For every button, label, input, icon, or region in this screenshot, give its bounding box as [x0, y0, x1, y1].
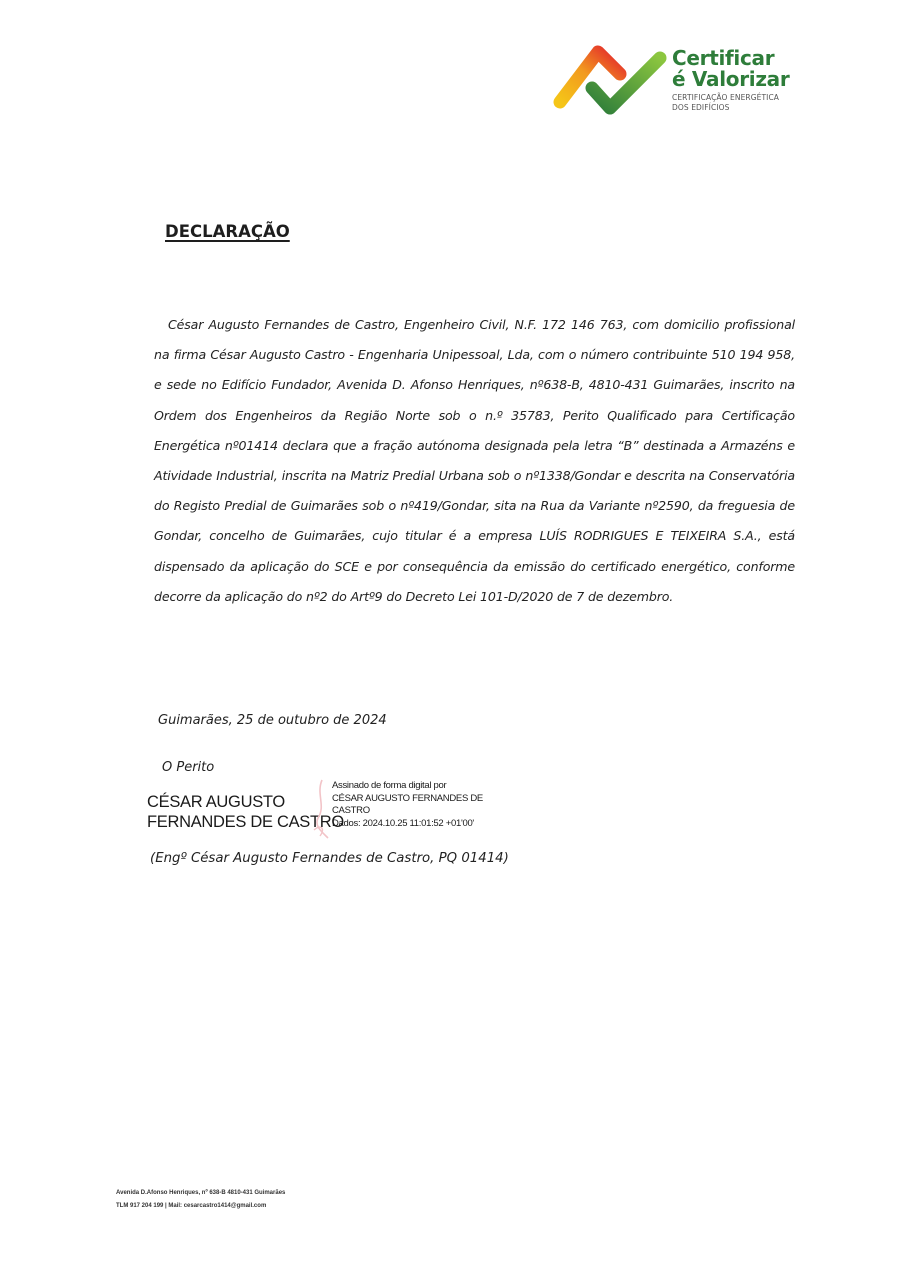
signature-timestamp: Dados: 2024.10.25 11:01:52 +01'00' — [332, 818, 483, 831]
document-heading: DECLARAÇÃO — [165, 222, 290, 241]
signature-detail-line2: CÉSAR AUGUSTO FERNANDES DE — [332, 793, 483, 806]
signature-details: Assinado de forma digital por CÉSAR AUGU… — [332, 780, 483, 830]
checkmark-roof-icon — [552, 44, 670, 124]
logo-subtitle-line1: CERTIFICAÇÃO ENERGÉTICA — [672, 93, 779, 103]
logo-title: Certificar é Valorizar — [672, 48, 789, 90]
logo-title-line2: é Valorizar — [672, 69, 789, 90]
signature-detail-line3: CASTRO — [332, 805, 483, 818]
logo-subtitle: CERTIFICAÇÃO ENERGÉTICA DOS EDIFÍCIOS — [672, 93, 779, 113]
declaration-paragraph: César Augusto Fernandes de Castro, Engen… — [154, 310, 795, 612]
role-label: O Perito — [162, 760, 214, 775]
digital-signature-icon — [308, 778, 334, 842]
certificar-logo: Certificar é Valorizar CERTIFICAÇÃO ENER… — [552, 44, 802, 124]
logo-subtitle-line2: DOS EDIFÍCIOS — [672, 103, 779, 113]
date-line: Guimarães, 25 de outubro de 2024 — [158, 713, 387, 728]
footer-address: Avenida D.Afonso Henriques, nº 638-B 481… — [116, 1187, 285, 1200]
logo-title-line1: Certificar — [672, 48, 789, 69]
footer: Avenida D.Afonso Henriques, nº 638-B 481… — [116, 1187, 285, 1213]
signature-detail-line1: Assinado de forma digital por — [332, 780, 483, 793]
signer-caption: (Engº César Augusto Fernandes de Castro,… — [150, 851, 509, 866]
footer-contact: TLM 917 204 199 | Mail: cesarcastro1414@… — [116, 1200, 285, 1213]
